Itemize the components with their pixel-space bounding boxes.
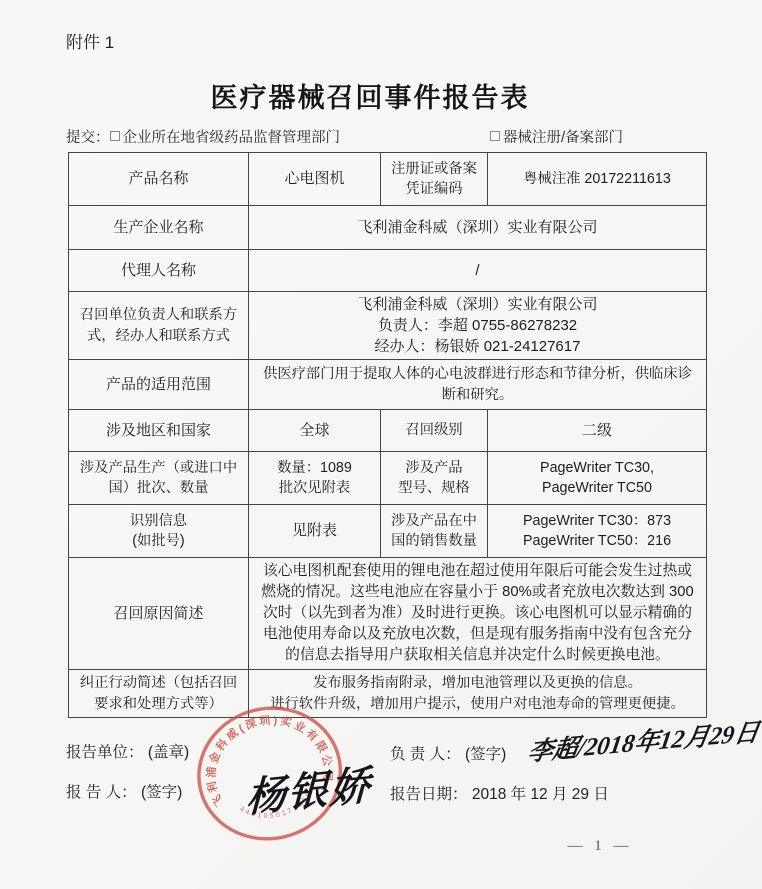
model-spec-label: 涉及产品 型号、规格 (381, 452, 488, 505)
model-spec-value: PageWriter TC30, PageWriter TC50 (488, 452, 707, 505)
page-number: — 1 — (540, 838, 660, 855)
table-row: 涉及地区和国家 全球 召回级别 二级 (69, 410, 707, 452)
recall-contact-label: 召回单位负责人和联系方式，经办人和联系方式 (69, 292, 249, 360)
table-row: 产品名称 心电图机 注册证或备案 凭证编码 粤械注准 20172211613 (69, 153, 707, 206)
scope-of-use-value: 供医疗部门用于提取人体的心电波群进行形态和节律分析，供临床诊断和研究。 (249, 360, 707, 410)
table-row: 识别信息 (如批号) 见附表 涉及产品在中国的销售数量 PageWriter T… (69, 505, 707, 558)
scope-of-use-label: 产品的适用范围 (69, 360, 249, 410)
manufacturer-value: 飞利浦金科威（深圳）实业有限公司 (249, 206, 707, 250)
submit-option2-wrap: 器械注册/备案部门 (490, 126, 623, 147)
recall-contact-value: 飞利浦金科威（深圳）实业有限公司 负责人：李超 0755-86278232 经办… (249, 292, 707, 360)
report-unit-line: 报告单位： (盖章) (66, 740, 189, 762)
submit-line: 提交：企业所在地省级药品监督管理部门 器械注册/备案部门 (66, 126, 706, 147)
responsible-handwritten-signature: 李超/2018年12月29日 (526, 711, 762, 769)
submit-label: 提交： (66, 130, 110, 146)
seal-hint: (盖章) (148, 744, 189, 761)
table-row: 召回原因简述 该心电图机配套使用的锂电池在超过使用年限后可能会发生过热或燃烧的情… (69, 558, 707, 670)
regions-value: 全球 (249, 410, 381, 452)
reporter-line: 报 告 人： (签字) (66, 780, 182, 802)
submit-option-registration: 器械注册/备案部门 (503, 130, 623, 146)
product-name-label: 产品名称 (69, 153, 249, 206)
recall-report-table: 产品名称 心电图机 注册证或备案 凭证编码 粤械注准 20172211613 生… (68, 152, 707, 718)
report-date-line: 报告日期： 2018 年 12 月 29 日 (390, 782, 609, 804)
product-name-value: 心电图机 (249, 153, 381, 206)
recall-reason-value: 该心电图机配套使用的锂电池在超过使用年限后可能会发生过热或燃烧的情况。这些电池应… (249, 558, 707, 670)
batch-quantity-label: 涉及产品生产（或进口中国）批次、数量 (69, 452, 249, 505)
recall-reason-label: 召回原因简述 (69, 558, 249, 670)
responsible-label: 负 责 人： (390, 746, 461, 763)
manufacturer-label: 生产企业名称 (69, 206, 249, 250)
responsible-line: 负 责 人： (签字) (390, 742, 506, 764)
scanned-report-page: 附件 1 医疗器械召回事件报告表 提交：企业所在地省级药品监督管理部门 器械注册… (0, 0, 762, 889)
china-sales-label: 涉及产品在中国的销售数量 (381, 505, 488, 558)
report-date-label: 报告日期： (390, 786, 468, 803)
registration-no-value: 粤械注准 20172211613 (488, 153, 707, 206)
identification-label: 识别信息 (如批号) (69, 505, 249, 558)
reporter-label: 报 告 人： (66, 784, 137, 801)
recall-level-label: 召回级别 (381, 410, 488, 452)
report-unit-label: 报告单位： (66, 744, 144, 761)
report-date-value: 2018 年 12 月 29 日 (472, 786, 609, 803)
submit-option-province: 企业所在地省级药品监督管理部门 (123, 130, 341, 146)
recall-level-value: 二级 (488, 410, 707, 452)
table-row: 召回单位负责人和联系方式，经办人和联系方式 飞利浦金科威（深圳）实业有限公司 负… (69, 292, 707, 360)
attachment-label: 附件 1 (66, 28, 114, 53)
regions-label: 涉及地区和国家 (69, 410, 249, 452)
identification-value: 见附表 (249, 505, 381, 558)
responsible-sign-hint: (签字) (465, 746, 506, 763)
corrective-action-value: 发布服务指南附录，增加电池管理以及更换的信息。 进行软件升级，增加用户提示，使用… (249, 670, 707, 718)
table-row: 纠正行动简述（包括召回要求和处理方式等） 发布服务指南附录，增加电池管理以及更换… (69, 670, 707, 718)
china-sales-value: PageWriter TC30：873 PageWriter TC50：216 (488, 505, 707, 558)
table-row: 产品的适用范围 供医疗部门用于提取人体的心电波群进行形态和节律分析，供临床诊断和… (69, 360, 707, 410)
registration-no-label: 注册证或备案 凭证编码 (381, 153, 488, 206)
checkbox-registration-dept (490, 131, 500, 141)
agent-name-value: / (249, 250, 707, 292)
agent-name-label: 代理人名称 (69, 250, 249, 292)
checkbox-province-authority (110, 131, 120, 141)
reporter-handwritten-signature: 杨银娇 (245, 753, 372, 824)
table-row: 涉及产品生产（或进口中国）批次、数量 数量：1089 批次见附表 涉及产品 型号… (69, 452, 707, 505)
reporter-sign-hint: (签字) (141, 784, 182, 801)
batch-quantity-value: 数量：1089 批次见附表 (249, 452, 381, 505)
table-row: 代理人名称 / (69, 250, 707, 292)
page-title: 医疗器械召回事件报告表 (0, 76, 740, 115)
corrective-action-label: 纠正行动简述（包括召回要求和处理方式等） (69, 670, 249, 718)
table-row: 生产企业名称 飞利浦金科威（深圳）实业有限公司 (69, 206, 707, 250)
